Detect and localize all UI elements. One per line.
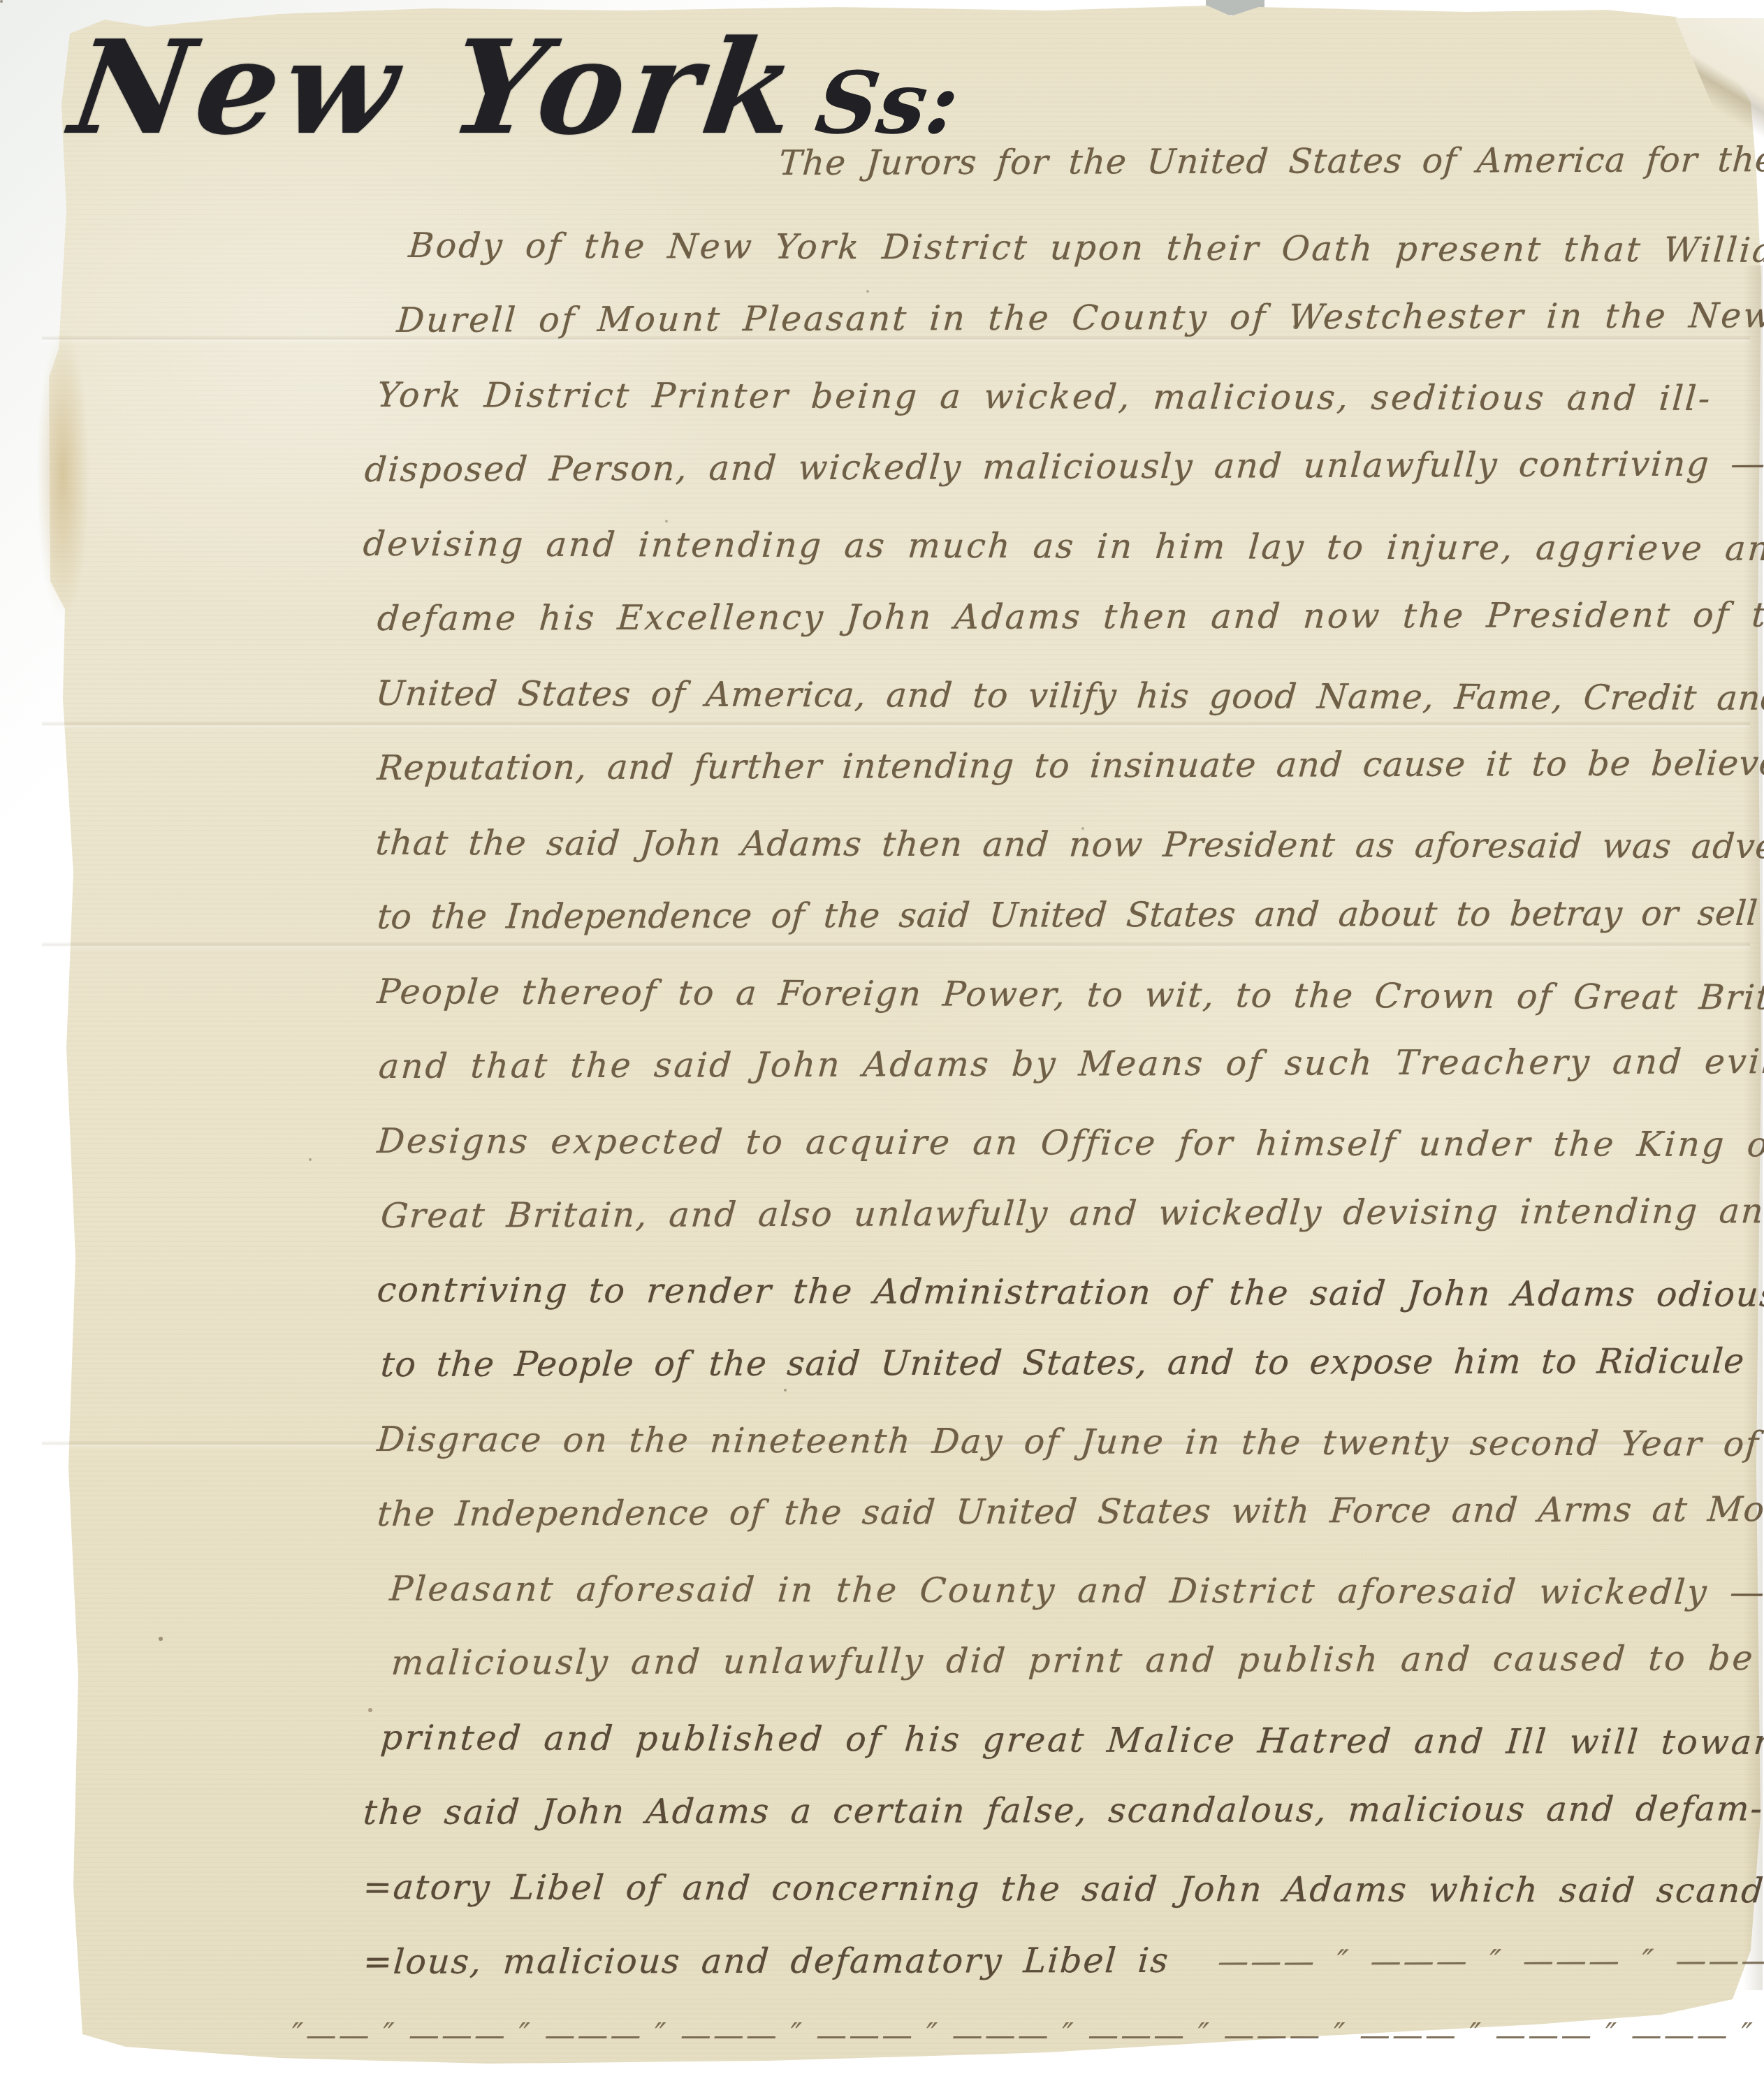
manuscript-line: Disgrace on the nineteenth Day of June i… <box>376 1419 1761 1464</box>
manuscript-line: contriving to render the Administration … <box>376 1270 1764 1315</box>
manuscript-line: maliciously and unlawfully did print and… <box>390 1638 1756 1683</box>
manuscript-line: People thereof to a Foreign Power, to wi… <box>376 972 1764 1018</box>
manuscript-line: the said John Adams a certain false, sca… <box>362 1789 1764 1832</box>
manuscript-line: that the said John Adams then and now Pr… <box>374 823 1764 866</box>
scanned-manuscript-page: New YorkSs: The Jurors for the United St… <box>0 0 1764 2088</box>
jurisdiction-heading: New YorkSs: <box>63 11 971 163</box>
manuscript-line: United States of America, and to vilify … <box>374 673 1764 718</box>
manuscript-line: and that the said John Adams by Means of… <box>377 1042 1764 1086</box>
heading-place: New York <box>63 11 810 163</box>
manuscript-line: to the People of the said United States,… <box>379 1341 1764 1385</box>
fold-crease <box>42 721 1750 729</box>
libel-clause-text: =lous, malicious and defamatory Libel is <box>362 1941 1171 1982</box>
manuscript-line: =lous, malicious and defamatory Libel is… <box>362 1939 1764 1982</box>
fold-crease <box>42 942 1750 950</box>
ditto-fill-inline: ——— ″ ——— ″ ——— ″ ——— ″ ——— <box>1216 1943 1764 1980</box>
manuscript-line: Durell of Mount Pleasant in the County o… <box>395 295 1764 340</box>
ditto-fill-bottom-row: ″—— ″ ——— ″ ——— ″ ——— ″ ——— ″ ——— ″ ——— … <box>292 2017 1764 2053</box>
manuscript-line: =atory Libel of and concerning the said … <box>362 1867 1764 1911</box>
paper-stain <box>36 327 89 620</box>
manuscript-line: Great Britain, and also unlawfully and w… <box>379 1191 1764 1236</box>
heading-ss-abbreviation: Ss: <box>810 52 965 153</box>
manuscript-line: to the Independence of the said United S… <box>376 893 1764 937</box>
manuscript-line: The Jurors for the United States of Amer… <box>778 140 1764 183</box>
paper-specks <box>0 0 3 3</box>
manuscript-line: Pleasant aforesaid in the County and Dis… <box>388 1569 1764 1612</box>
manuscript-line: Reputation, and further intending to ins… <box>376 743 1764 788</box>
manuscript-line: Body of the New York District upon their… <box>407 226 1764 270</box>
manuscript-line: printed and published of his great Malic… <box>379 1718 1764 1762</box>
manuscript-line: defame his Excellency John Adams then an… <box>376 595 1764 638</box>
manuscript-line: the Independence of the said United Stat… <box>376 1489 1764 1534</box>
manuscript-line: devising and intending as much as in him… <box>362 524 1764 569</box>
manuscript-line: York District Printer being a wicked, ma… <box>376 375 1714 418</box>
manuscript-line: disposed Person, and wickedly maliciousl… <box>363 444 1764 490</box>
manuscript-line: Designs expected to acquire an Office fo… <box>376 1121 1764 1165</box>
